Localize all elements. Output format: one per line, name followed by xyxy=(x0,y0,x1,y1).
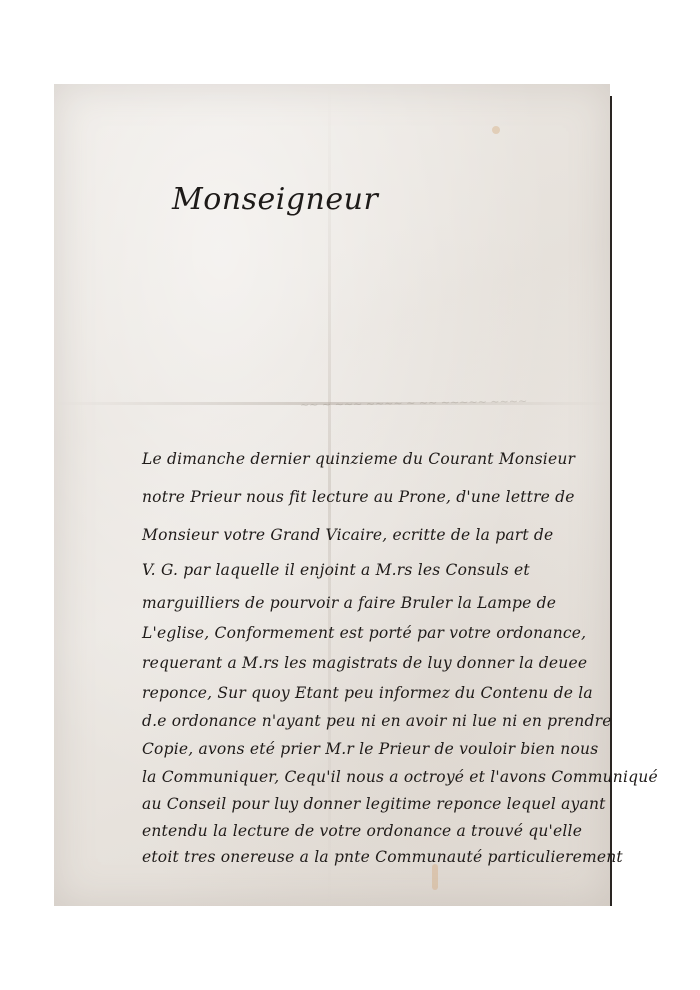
letter-line-11: la Communiquer, Cequ'il nous a octroyé e… xyxy=(142,768,622,786)
paper-stain xyxy=(492,126,500,134)
letter-line-5: marguilliers de pourvoir a faire Bruler … xyxy=(142,594,622,612)
letter-line-3: Monsieur votre Grand Vicaire, ecritte de… xyxy=(142,526,622,544)
salutation: Monseigneur xyxy=(172,182,378,217)
letter-line-4: V. G. par laquelle il enjoint a M.rs les… xyxy=(142,561,622,579)
letter-line-2: notre Prieur nous fit lecture au Prone, … xyxy=(142,488,622,506)
letter-line-7: requerant a M.rs les magistrats de luy d… xyxy=(142,654,622,672)
letter-line-14: etoit tres onereuse a la pnte Communauté… xyxy=(142,848,622,866)
letter-line-9: d.e ordonance n'ayant peu ni en avoir ni… xyxy=(142,712,622,730)
letter-line-8: reponce, Sur quoy Etant peu informez du … xyxy=(142,684,622,702)
letter-line-10: Copie, avons eté prier M.r le Prieur de … xyxy=(142,740,622,758)
paper-stain xyxy=(432,864,438,890)
letter-line-12: au Conseil pour luy donner legitime repo… xyxy=(142,795,622,813)
letter-line-13: entendu la lecture de votre ordonance a … xyxy=(142,822,622,840)
letter-line-1: Le dimanche dernier quinzieme du Courant… xyxy=(142,450,622,468)
letter-line-6: L'eglise, Conformement est porté par vot… xyxy=(142,624,622,642)
